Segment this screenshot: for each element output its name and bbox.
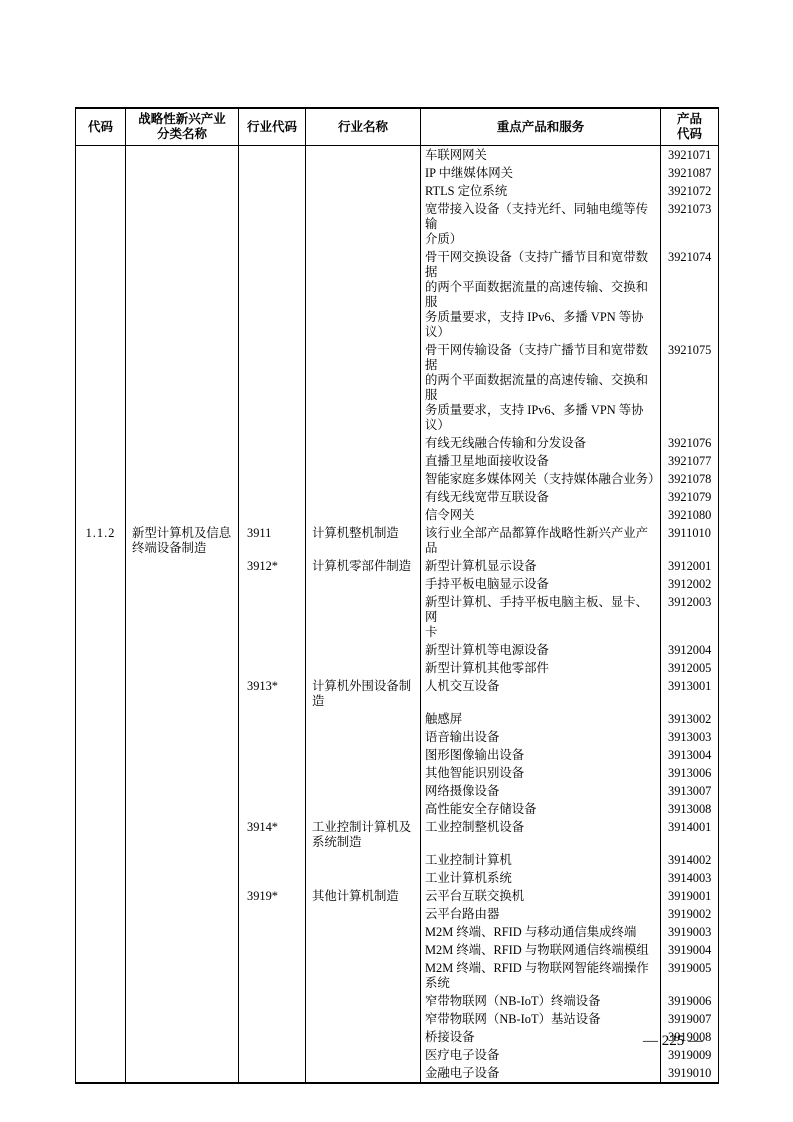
cell-industry-name: [306, 869, 421, 887]
cell-product-code: 3912005: [661, 659, 719, 677]
cell-category-name: [126, 1064, 239, 1083]
cell-product-name: 其他智能识别设备: [421, 764, 661, 782]
cell-category-name: [126, 710, 239, 728]
cell-classification-code: [76, 593, 126, 641]
table-row: 工业控制计算机 3914002: [76, 851, 719, 869]
cell-industry-code: [239, 905, 306, 923]
cell-industry-name: [306, 452, 421, 470]
classification-table: 代码 战略性新兴产业 分类名称 行业代码 行业名称 重点产品和服务 产品 代码 …: [75, 107, 719, 1084]
cell-category-name: [126, 434, 239, 452]
cell-product-name: 骨干网传输设备（支持广播节目和宽带数据 的两个平面数据流量的高速传输、交换和服 …: [421, 341, 661, 434]
cell-category-name: [126, 941, 239, 959]
cell-classification-code: [76, 851, 126, 869]
cell-product-code: 3921077: [661, 452, 719, 470]
table-row: 云平台路由器 3919002: [76, 905, 719, 923]
table-row: 3913* 计算机外围设备制 造 人机交互设备 3913001: [76, 677, 719, 710]
cell-industry-name: [306, 182, 421, 200]
cell-industry-name: [306, 746, 421, 764]
table-row: IP 中继媒体网关 3921087: [76, 164, 719, 182]
cell-product-name: 新型计算机等电源设备: [421, 641, 661, 659]
cell-classification-code: [76, 434, 126, 452]
cell-product-name: 金融电子设备: [421, 1064, 661, 1083]
cell-industry-code: [239, 506, 306, 524]
cell-industry-name: [306, 641, 421, 659]
cell-product-code: 3914001: [661, 818, 719, 851]
table-row: 骨干网传输设备（支持广播节目和宽带数据 的两个平面数据流量的高速传输、交换和服 …: [76, 341, 719, 434]
cell-classification-code: [76, 575, 126, 593]
cell-classification-code: 1.1.2: [76, 524, 126, 557]
table-row: 语音输出设备 3913003: [76, 728, 719, 746]
cell-industry-name: [306, 1010, 421, 1028]
cell-product-name: 医疗电子设备: [421, 1046, 661, 1064]
cell-classification-code: [76, 782, 126, 800]
cell-product-code: 3919001: [661, 887, 719, 905]
col-header-category-name: 战略性新兴产业 分类名称: [126, 108, 239, 146]
cell-industry-code: [239, 470, 306, 488]
table-row: 医疗电子设备 3919009: [76, 1046, 719, 1064]
cell-category-name: [126, 923, 239, 941]
cell-product-name: 网络摄像设备: [421, 782, 661, 800]
table-row: 工业计算机系统 3914003: [76, 869, 719, 887]
cell-product-code: 3914003: [661, 869, 719, 887]
cell-industry-name: [306, 146, 421, 165]
cell-product-name: 窄带物联网（NB-IoT）基站设备: [421, 1010, 661, 1028]
cell-category-name: [126, 1010, 239, 1028]
cell-industry-name: [306, 470, 421, 488]
table-row: 骨干网交换设备（支持广播节目和宽带数据 的两个平面数据流量的高速传输、交换和服 …: [76, 248, 719, 341]
table-row: 金融电子设备 3919010: [76, 1064, 719, 1083]
cell-product-code: 3912004: [661, 641, 719, 659]
cell-industry-code: [239, 923, 306, 941]
table-row: 宽带接入设备（支持光纤、同轴电缆等传输 介质） 3921073: [76, 200, 719, 248]
cell-product-name: 信令网关: [421, 506, 661, 524]
cell-industry-code: [239, 800, 306, 818]
cell-industry-name: [306, 164, 421, 182]
cell-product-code: 3913004: [661, 746, 719, 764]
table-row: 其他智能识别设备 3913006: [76, 764, 719, 782]
cell-category-name: [126, 146, 239, 165]
cell-product-code: 3912002: [661, 575, 719, 593]
cell-industry-code: [239, 710, 306, 728]
cell-product-code: 3913003: [661, 728, 719, 746]
cell-industry-code: [239, 746, 306, 764]
cell-industry-name: [306, 764, 421, 782]
cell-category-name: [126, 1028, 239, 1046]
cell-product-name: RTLS 定位系统: [421, 182, 661, 200]
cell-industry-name: [306, 728, 421, 746]
cell-product-code: 3919003: [661, 923, 719, 941]
cell-product-name: 宽带接入设备（支持光纤、同轴电缆等传输 介质）: [421, 200, 661, 248]
cell-classification-code: [76, 800, 126, 818]
cell-classification-code: [76, 641, 126, 659]
table-row: 3912* 计算机零部件制造 新型计算机显示设备 3912001: [76, 557, 719, 575]
cell-product-code: 3911010: [661, 524, 719, 557]
cell-industry-code: [239, 851, 306, 869]
cell-classification-code: [76, 1046, 126, 1064]
cell-category-name: [126, 869, 239, 887]
cell-industry-code: 3914*: [239, 818, 306, 851]
table-row: M2M 终端、RFID 与物联网通信终端模组 3919004: [76, 941, 719, 959]
cell-product-code: 3921087: [661, 164, 719, 182]
cell-category-name: [126, 506, 239, 524]
cell-product-name: 语音输出设备: [421, 728, 661, 746]
cell-category-name: [126, 182, 239, 200]
cell-classification-code: [76, 764, 126, 782]
cell-product-name: 骨干网交换设备（支持广播节目和宽带数据 的两个平面数据流量的高速传输、交换和服 …: [421, 248, 661, 341]
table-row: 桥接设备 3919008: [76, 1028, 719, 1046]
cell-product-name: 人机交互设备: [421, 677, 661, 710]
cell-product-name: 该行业全部产品都算作战略性新兴产业产 品: [421, 524, 661, 557]
document-page: { "footer": { "page_label": "— 225 —" },…: [0, 0, 793, 1122]
cell-category-name: [126, 959, 239, 992]
cell-industry-code: [239, 182, 306, 200]
cell-industry-name: [306, 923, 421, 941]
cell-industry-name: 计算机零部件制造: [306, 557, 421, 575]
cell-product-code: 3919004: [661, 941, 719, 959]
table-row: 信令网关 3921080: [76, 506, 719, 524]
cell-industry-code: 3913*: [239, 677, 306, 710]
cell-classification-code: [76, 1064, 126, 1083]
cell-product-code: 3921073: [661, 200, 719, 248]
cell-product-name: 触感屏: [421, 710, 661, 728]
cell-product-code: 3914002: [661, 851, 719, 869]
cell-classification-code: [76, 488, 126, 506]
cell-product-code: 3919002: [661, 905, 719, 923]
cell-category-name: [126, 341, 239, 434]
cell-industry-code: [239, 782, 306, 800]
col-header-product-code: 产品 代码: [661, 108, 719, 146]
cell-industry-name: [306, 941, 421, 959]
table-row: 有线无线宽带互联设备 3921079: [76, 488, 719, 506]
cell-industry-code: [239, 146, 306, 165]
cell-product-code: 3921072: [661, 182, 719, 200]
cell-classification-code: [76, 959, 126, 992]
cell-industry-name: [306, 1046, 421, 1064]
cell-category-name: [126, 851, 239, 869]
cell-industry-code: [239, 488, 306, 506]
cell-product-name: 工业计算机系统: [421, 869, 661, 887]
cell-product-name: 新型计算机、手持平板电脑主板、显卡、网 卡: [421, 593, 661, 641]
table-row: 3914* 工业控制计算机及 系统制造 工业控制整机设备 3914001: [76, 818, 719, 851]
table-row: 高性能安全存储设备 3913008: [76, 800, 719, 818]
cell-industry-name: [306, 992, 421, 1010]
cell-industry-code: [239, 248, 306, 341]
cell-product-name: M2M 终端、RFID 与移动通信集成终端: [421, 923, 661, 941]
cell-product-code: 3912003: [661, 593, 719, 641]
cell-product-code: 3913007: [661, 782, 719, 800]
cell-product-name: 工业控制整机设备: [421, 818, 661, 851]
cell-industry-code: [239, 992, 306, 1010]
cell-product-code: 3921071: [661, 146, 719, 165]
cell-product-name: 手持平板电脑显示设备: [421, 575, 661, 593]
cell-product-name: 高性能安全存储设备: [421, 800, 661, 818]
table-row: 3919* 其他计算机制造 云平台互联交换机 3919001: [76, 887, 719, 905]
cell-product-code: 3912001: [661, 557, 719, 575]
cell-product-code: 3921075: [661, 341, 719, 434]
table-row: 车联网网关 3921071: [76, 146, 719, 165]
cell-industry-name: [306, 575, 421, 593]
cell-category-name: [126, 164, 239, 182]
cell-category-name: [126, 575, 239, 593]
cell-classification-code: [76, 146, 126, 165]
cell-industry-code: [239, 728, 306, 746]
cell-product-name: 云平台互联交换机: [421, 887, 661, 905]
cell-industry-code: [239, 659, 306, 677]
cell-classification-code: [76, 992, 126, 1010]
cell-industry-name: [306, 659, 421, 677]
cell-industry-name: [306, 593, 421, 641]
cell-industry-code: [239, 641, 306, 659]
cell-product-name: 桥接设备: [421, 1028, 661, 1046]
cell-category-name: [126, 992, 239, 1010]
col-header-industry-code: 行业代码: [239, 108, 306, 146]
cell-product-code: 3921078: [661, 470, 719, 488]
table-row: 智能家庭多媒体网关（支持媒体融合业务） 3921078: [76, 470, 719, 488]
cell-classification-code: [76, 341, 126, 434]
cell-category-name: [126, 1046, 239, 1064]
cell-classification-code: [76, 818, 126, 851]
cell-product-code: 3921080: [661, 506, 719, 524]
cell-product-name: 智能家庭多媒体网关（支持媒体融合业务）: [421, 470, 661, 488]
table-row: 触感屏 3913002: [76, 710, 719, 728]
table-row: 1.1.2 新型计算机及信息 终端设备制造 3911 计算机整机制造 该行业全部…: [76, 524, 719, 557]
cell-classification-code: [76, 557, 126, 575]
cell-category-name: 新型计算机及信息 终端设备制造: [126, 524, 239, 557]
cell-product-code: 3919007: [661, 1010, 719, 1028]
table-row: 直播卫星地面接收设备 3921077: [76, 452, 719, 470]
cell-classification-code: [76, 248, 126, 341]
cell-product-name: M2M 终端、RFID 与物联网通信终端模组: [421, 941, 661, 959]
col-header-code: 代码: [76, 108, 126, 146]
cell-category-name: [126, 200, 239, 248]
cell-industry-name: [306, 488, 421, 506]
cell-industry-code: [239, 1046, 306, 1064]
cell-category-name: [126, 248, 239, 341]
cell-industry-code: 3911: [239, 524, 306, 557]
cell-industry-code: [239, 593, 306, 641]
table-row: 新型计算机等电源设备 3912004: [76, 641, 719, 659]
cell-industry-code: [239, 941, 306, 959]
table-row: RTLS 定位系统 3921072: [76, 182, 719, 200]
table-row: 新型计算机其他零部件 3912005: [76, 659, 719, 677]
cell-classification-code: [76, 1028, 126, 1046]
cell-classification-code: [76, 710, 126, 728]
cell-industry-code: [239, 575, 306, 593]
cell-category-name: [126, 818, 239, 851]
table-row: 新型计算机、手持平板电脑主板、显卡、网 卡 3912003: [76, 593, 719, 641]
table-row: 手持平板电脑显示设备 3912002: [76, 575, 719, 593]
cell-category-name: [126, 764, 239, 782]
cell-industry-code: [239, 452, 306, 470]
cell-classification-code: [76, 182, 126, 200]
cell-category-name: [126, 782, 239, 800]
cell-industry-name: 工业控制计算机及 系统制造: [306, 818, 421, 851]
cell-product-code: 3913006: [661, 764, 719, 782]
cell-classification-code: [76, 923, 126, 941]
cell-industry-name: [306, 434, 421, 452]
cell-industry-name: [306, 905, 421, 923]
col-header-key-products: 重点产品和服务: [421, 108, 661, 146]
cell-industry-code: 3919*: [239, 887, 306, 905]
cell-category-name: [126, 641, 239, 659]
cell-industry-name: [306, 800, 421, 818]
cell-category-name: [126, 905, 239, 923]
cell-industry-name: 计算机外围设备制 造: [306, 677, 421, 710]
cell-industry-code: [239, 869, 306, 887]
table-row: 有线无线融合传输和分发设备 3921076: [76, 434, 719, 452]
cell-product-name: 直播卫星地面接收设备: [421, 452, 661, 470]
cell-category-name: [126, 677, 239, 710]
cell-industry-name: [306, 959, 421, 992]
cell-industry-code: [239, 764, 306, 782]
cell-industry-code: [239, 341, 306, 434]
cell-industry-code: [239, 1010, 306, 1028]
cell-product-code: 3919005: [661, 959, 719, 992]
cell-category-name: [126, 593, 239, 641]
cell-product-name: M2M 终端、RFID 与物联网智能终端操作系统: [421, 959, 661, 992]
cell-industry-name: [306, 1064, 421, 1083]
table-row: 图形图像输出设备 3913004: [76, 746, 719, 764]
cell-industry-name: 计算机整机制造: [306, 524, 421, 557]
cell-industry-name: 其他计算机制造: [306, 887, 421, 905]
cell-product-code: 3919006: [661, 992, 719, 1010]
cell-classification-code: [76, 869, 126, 887]
page-number: — 225 —: [643, 1032, 703, 1050]
cell-product-name: 云平台路由器: [421, 905, 661, 923]
table-row: 窄带物联网（NB-IoT）基站设备 3919007: [76, 1010, 719, 1028]
cell-classification-code: [76, 905, 126, 923]
cell-category-name: [126, 557, 239, 575]
cell-product-code: 3921074: [661, 248, 719, 341]
table-row: 窄带物联网（NB-IoT）终端设备 3919006: [76, 992, 719, 1010]
cell-category-name: [126, 659, 239, 677]
cell-product-name: 有线无线宽带互联设备: [421, 488, 661, 506]
cell-industry-name: [306, 851, 421, 869]
cell-product-name: 新型计算机其他零部件: [421, 659, 661, 677]
cell-industry-name: [306, 341, 421, 434]
cell-classification-code: [76, 746, 126, 764]
cell-product-code: 3913002: [661, 710, 719, 728]
table-body: 车联网网关 3921071 IP 中继媒体网关 3921087 RTLS 定位系…: [76, 146, 719, 1084]
cell-product-name: IP 中继媒体网关: [421, 164, 661, 182]
cell-category-name: [126, 887, 239, 905]
cell-classification-code: [76, 677, 126, 710]
cell-classification-code: [76, 452, 126, 470]
cell-industry-name: [306, 782, 421, 800]
table-row: M2M 终端、RFID 与物联网智能终端操作系统 3919005: [76, 959, 719, 992]
cell-industry-name: [306, 710, 421, 728]
cell-industry-code: 3912*: [239, 557, 306, 575]
cell-product-name: 有线无线融合传输和分发设备: [421, 434, 661, 452]
cell-industry-code: [239, 1028, 306, 1046]
table-row: 网络摄像设备 3913007: [76, 782, 719, 800]
cell-category-name: [126, 800, 239, 818]
cell-product-name: 工业控制计算机: [421, 851, 661, 869]
cell-product-code: 3921076: [661, 434, 719, 452]
cell-classification-code: [76, 200, 126, 248]
cell-classification-code: [76, 728, 126, 746]
cell-industry-code: [239, 1064, 306, 1083]
cell-category-name: [126, 488, 239, 506]
cell-industry-code: [239, 200, 306, 248]
cell-product-code: 3913008: [661, 800, 719, 818]
cell-product-code: 3913001: [661, 677, 719, 710]
cell-product-name: 车联网网关: [421, 146, 661, 165]
cell-industry-name: [306, 200, 421, 248]
header-row: 代码 战略性新兴产业 分类名称 行业代码 行业名称 重点产品和服务 产品 代码: [76, 108, 719, 146]
cell-industry-code: [239, 164, 306, 182]
cell-classification-code: [76, 659, 126, 677]
cell-product-name: 新型计算机显示设备: [421, 557, 661, 575]
cell-product-name: 窄带物联网（NB-IoT）终端设备: [421, 992, 661, 1010]
cell-classification-code: [76, 470, 126, 488]
cell-category-name: [126, 746, 239, 764]
cell-product-code: 3919010: [661, 1064, 719, 1083]
table-row: M2M 终端、RFID 与移动通信集成终端 3919003: [76, 923, 719, 941]
cell-classification-code: [76, 164, 126, 182]
cell-classification-code: [76, 506, 126, 524]
col-header-industry-name: 行业名称: [306, 108, 421, 146]
cell-industry-code: [239, 434, 306, 452]
cell-industry-name: [306, 248, 421, 341]
cell-industry-code: [239, 959, 306, 992]
cell-industry-name: [306, 506, 421, 524]
cell-product-code: 3921079: [661, 488, 719, 506]
cell-category-name: [126, 470, 239, 488]
cell-classification-code: [76, 887, 126, 905]
cell-classification-code: [76, 1010, 126, 1028]
cell-category-name: [126, 728, 239, 746]
cell-product-name: 图形图像输出设备: [421, 746, 661, 764]
cell-category-name: [126, 452, 239, 470]
cell-industry-name: [306, 1028, 421, 1046]
cell-classification-code: [76, 941, 126, 959]
